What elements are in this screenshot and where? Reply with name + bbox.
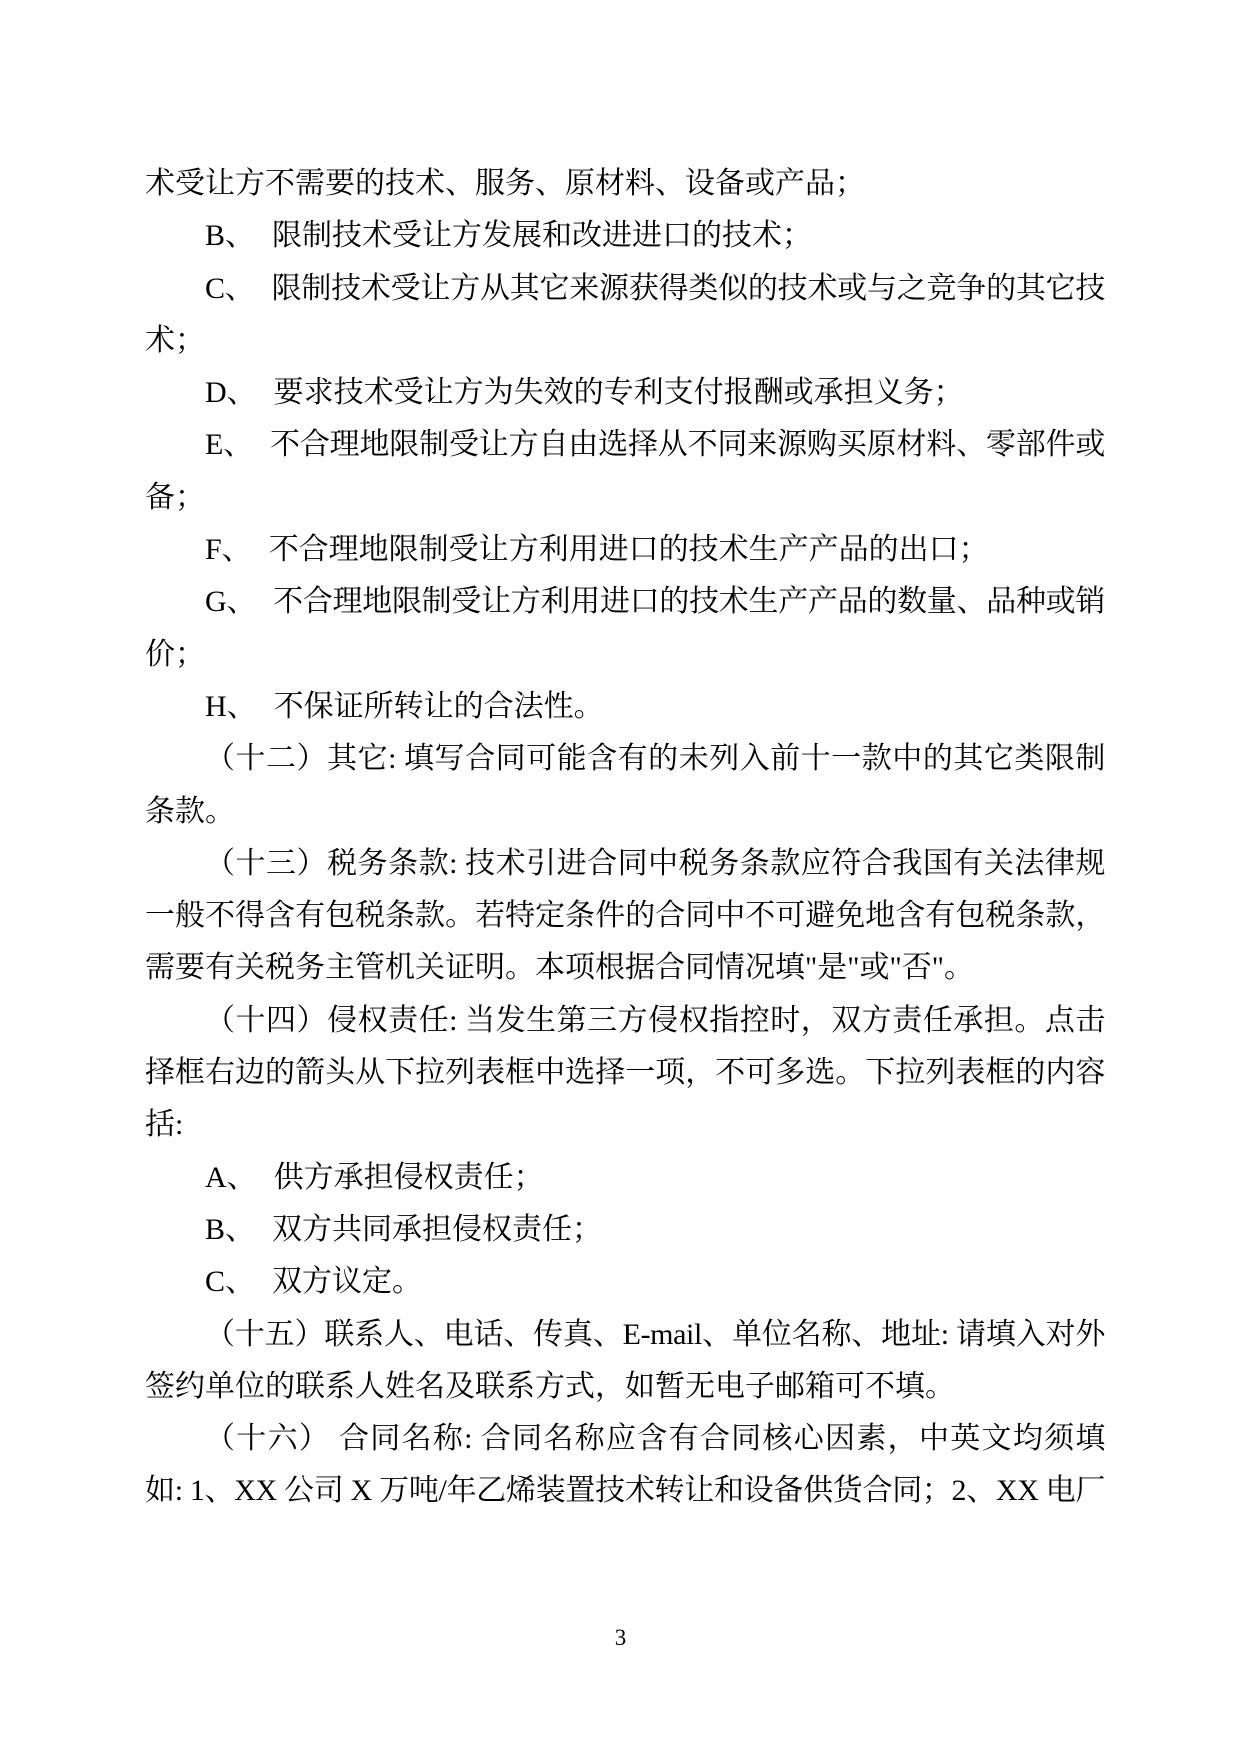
list-marker: E、: [205, 428, 270, 461]
section-line: （十六） 合同名称: 合同名称应含有合同核心因素，中英文均须填写。: [145, 1413, 1105, 1465]
line-text: 要求技术受让方为失效的专利支付报酬或承担义务；: [274, 376, 964, 409]
list-marker: C、: [205, 272, 272, 305]
text-line: 如: 1、XX 公司 X 万吨/年乙烯装置技术转让和设备供货合同；2、XX 电厂…: [145, 1465, 1105, 1517]
line-text: 供方承担侵权责任；: [274, 1161, 544, 1194]
line-text: 不保证所转让的合法性。: [274, 690, 604, 723]
list-marker: F、: [205, 533, 269, 566]
list-marker: H、: [205, 690, 274, 723]
page-number: 3: [0, 1622, 1241, 1654]
line-text: 不合理地限制受让方利用进口的技术生产产品的出口；: [269, 533, 989, 566]
document-body: 术受让方不需要的技术、服务、原材料、设备或产品； B、限制技术受让方发展和改进进…: [145, 158, 1105, 1518]
list-item-line: F、不合理地限制受让方利用进口的技术生产产品的出口；: [145, 524, 1105, 576]
list-marker: B、: [205, 219, 272, 252]
text-line: 一般不得含有包税条款。若特定条件的合同中不可避免地含有包税条款，则: [145, 890, 1105, 942]
list-marker: B、: [205, 1213, 272, 1246]
list-marker: G、: [205, 585, 273, 618]
text-line: 术受让方不需要的技术、服务、原材料、设备或产品；: [145, 158, 1105, 210]
line-text: 限制技术受让方发展和改进进口的技术；: [272, 219, 812, 252]
section-line: （十二）其它: 填写合同可能含有的未列入前十一款中的其它类限制性: [145, 733, 1105, 785]
line-text: 双方议定。: [272, 1265, 422, 1298]
list-item-line: B、限制技术受让方发展和改进进口的技术；: [145, 210, 1105, 262]
line-text: 限制技术受让方从其它来源获得类似的技术或与之竞争的其它技: [272, 272, 1105, 305]
list-item-line: A、供方承担侵权责任；: [145, 1152, 1105, 1204]
line-text: 双方共同承担侵权责任；: [272, 1213, 602, 1246]
text-line: 条款。: [145, 786, 1105, 838]
list-item-line: B、双方共同承担侵权责任；: [145, 1204, 1105, 1256]
text-line: 术；: [145, 315, 1105, 367]
list-item-line: C、限制技术受让方从其它来源获得类似的技术或与之竞争的其它技: [145, 263, 1105, 315]
list-marker: D、: [205, 376, 274, 409]
text-line: 择框右边的箭头从下拉列表框中选择一项，不可多选。下拉列表框的内容包: [145, 1047, 1105, 1099]
section-line: （十四）侵权责任: 当发生第三方侵权指控时，双方责任承担。点击选: [145, 995, 1105, 1047]
list-item-line: E、不合理地限制受让方自由选择从不同来源购买原材料、零部件或设: [145, 419, 1105, 471]
document-page: 术受让方不需要的技术、服务、原材料、设备或产品； B、限制技术受让方发展和改进进…: [0, 0, 1241, 1754]
section-line: （十五）联系人、电话、传真、E-mail、单位名称、地址: 请填入对外: [145, 1309, 1105, 1361]
line-text: 不合理地限制受让方自由选择从不同来源购买原材料、零部件或设: [145, 428, 1105, 471]
line-text: 不合理地限制受让方利用进口的技术生产产品的数量、品种或销售: [145, 585, 1105, 628]
section-line: （十三）税务条款: 技术引进合同中税务条款应符合我国有关法律规定，: [145, 838, 1105, 890]
list-marker: A、: [205, 1161, 274, 1194]
list-item-line: H、不保证所转让的合法性。: [145, 681, 1105, 733]
text-line: 价；: [145, 629, 1105, 681]
list-item-line: G、不合理地限制受让方利用进口的技术生产产品的数量、品种或销售: [145, 576, 1105, 628]
text-line: 需要有关税务主管机关证明。本项根据合同情况填"是"或"否"。: [145, 942, 1105, 994]
text-line: 备；: [145, 472, 1105, 524]
text-line: 签约单位的联系人姓名及联系方式，如暂无电子邮箱可不填。: [145, 1361, 1105, 1413]
list-marker: C、: [205, 1265, 272, 1298]
text-line: 括:: [145, 1099, 1105, 1151]
list-item-line: D、要求技术受让方为失效的专利支付报酬或承担义务；: [145, 367, 1105, 419]
list-item-line: C、双方议定。: [145, 1256, 1105, 1308]
